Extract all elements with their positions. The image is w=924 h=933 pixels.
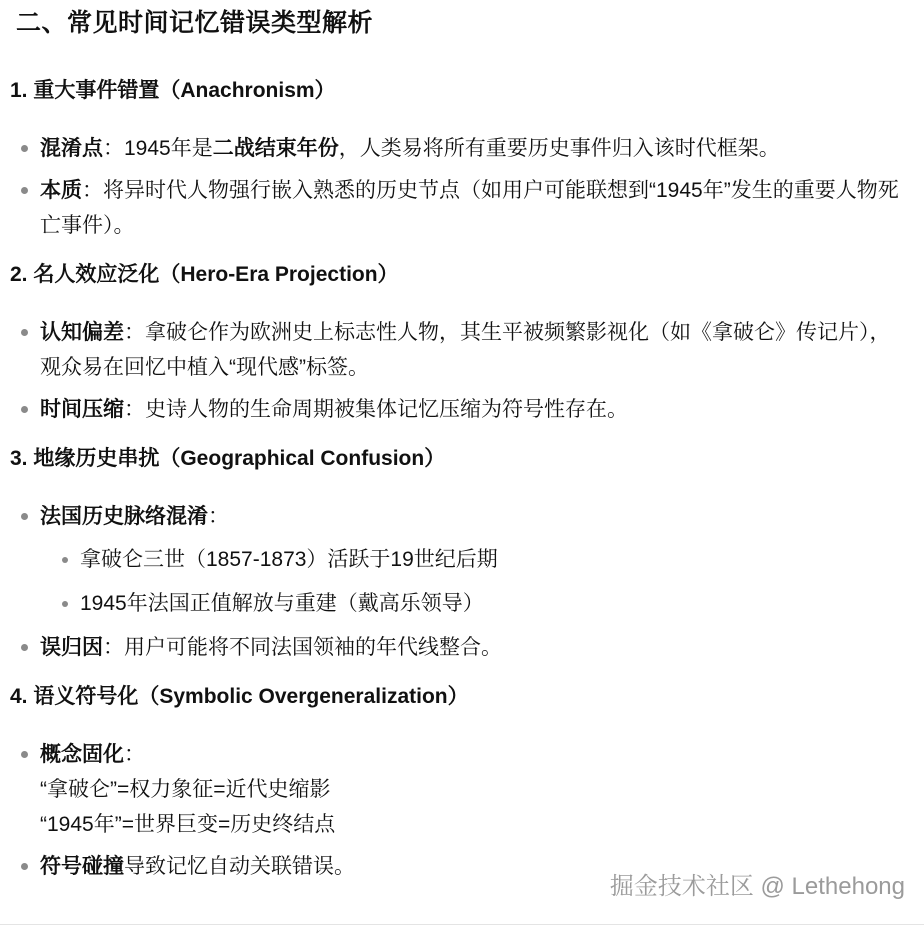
sub-bullet-icon — [62, 601, 68, 607]
bold-label: 符号碰撞 — [40, 855, 124, 878]
list-item-text: 误归因：用户可能将不同法国领袖的年代线整合。 — [40, 630, 910, 665]
bullet-icon — [21, 145, 28, 152]
section-3-list: 法国历史脉络混淆： 拿破仑三世（1857-1873）活跃于19世纪后期 1945… — [10, 499, 910, 665]
section-anachronism: 1. 重大事件错置（Anachronism） 混淆点：1945年是二战结束年份，… — [10, 80, 910, 243]
bottom-divider — [0, 924, 924, 925]
bullet-icon — [21, 751, 28, 758]
list-item: 法国历史脉络混淆： 拿破仑三世（1857-1873）活跃于19世纪后期 1945… — [40, 499, 910, 621]
nested-item-text: 拿破仑三世（1857-1873）活跃于19世纪后期 — [80, 548, 498, 571]
list-item-text: 法国历史脉络混淆： — [40, 499, 910, 534]
nested-list-item: 拿破仑三世（1857-1873）活跃于19世纪后期 — [80, 542, 910, 577]
watermark: 掘金技术社区 @ Lethehong — [610, 872, 905, 902]
bullet-icon — [21, 406, 28, 413]
page-title: 二、常见时间记忆错误类型解析 — [16, 10, 910, 36]
list-item-text: 时间压缩：史诗人物的生命周期被集体记忆压缩为符号性存在。 — [40, 392, 910, 427]
text-run: ： — [208, 505, 229, 528]
nested-item-text: 1945年法国正值解放与重建（戴高乐领导） — [80, 592, 484, 615]
bullet-icon — [21, 513, 28, 520]
bullet-icon — [21, 863, 28, 870]
bullet-icon — [21, 644, 28, 651]
section-symbolic-overgeneralization: 4. 语义符号化（Symbolic Overgeneralization） 概念… — [10, 686, 910, 884]
section-2-heading: 2. 名人效应泛化（Hero-Era Projection） — [10, 264, 910, 286]
list-item: 概念固化： “拿破仑”=权力象征=近代史缩影 “1945年”=世界巨变=历史终结… — [40, 737, 910, 842]
bold-run: 二战结束年份 — [213, 137, 339, 160]
list-item: 时间压缩：史诗人物的生命周期被集体记忆压缩为符号性存在。 — [40, 392, 910, 427]
bullet-icon — [21, 187, 28, 194]
bold-label: 法国历史脉络混淆 — [40, 505, 208, 528]
section-geographical-confusion: 3. 地缘历史串扰（Geographical Confusion） 法国历史脉络… — [10, 448, 910, 665]
text-run: ：1945年是 — [103, 137, 213, 160]
section-1-heading: 1. 重大事件错置（Anachronism） — [10, 80, 910, 102]
section-hero-era-projection: 2. 名人效应泛化（Hero-Era Projection） 认知偏差：拿破仑作… — [10, 264, 910, 427]
list-item-line: “1945年”=世界巨变=历史终结点 — [40, 807, 910, 842]
text-run: ：用户可能将不同法国领袖的年代线整合。 — [103, 636, 502, 659]
list-item: 误归因：用户可能将不同法国领袖的年代线整合。 — [40, 630, 910, 665]
bold-label: 概念固化 — [40, 743, 124, 766]
list-item-text: 认知偏差：拿破仑作为欧洲史上标志性人物，其生平被频繁影视化（如《拿破仑》传记片）… — [40, 315, 910, 385]
sub-bullet-icon — [62, 557, 68, 563]
nested-list-item: 1945年法国正值解放与重建（戴高乐领导） — [80, 586, 910, 621]
list-item: 本质：将异时代人物强行嵌入熟悉的历史节点（如用户可能联想到“1945年”发生的重… — [40, 173, 910, 243]
text-run: ： — [124, 743, 145, 766]
text-run: ：拿破仑作为欧洲史上标志性人物，其生平被频繁影视化（如《拿破仑》传记片），观众易… — [40, 321, 891, 379]
list-item-text: 本质：将异时代人物强行嵌入熟悉的历史节点（如用户可能联想到“1945年”发生的重… — [40, 173, 910, 243]
nested-list: 拿破仑三世（1857-1873）活跃于19世纪后期 1945年法国正值解放与重建… — [40, 542, 910, 621]
bullet-icon — [21, 329, 28, 336]
bold-label: 认知偏差 — [40, 321, 124, 344]
bold-label: 时间压缩 — [40, 398, 124, 421]
section-4-list: 概念固化： “拿破仑”=权力象征=近代史缩影 “1945年”=世界巨变=历史终结… — [10, 737, 910, 884]
text-run: ：将异时代人物强行嵌入熟悉的历史节点（如用户可能联想到“1945年”发生的重要人… — [40, 179, 899, 237]
section-3-heading: 3. 地缘历史串扰（Geographical Confusion） — [10, 448, 910, 470]
bold-label: 本质 — [40, 179, 82, 202]
list-item-text: 概念固化： — [40, 737, 910, 772]
list-item-line: “拿破仑”=权力象征=近代史缩影 — [40, 772, 910, 807]
list-item: 认知偏差：拿破仑作为欧洲史上标志性人物，其生平被频繁影视化（如《拿破仑》传记片）… — [40, 315, 910, 385]
document: 二、常见时间记忆错误类型解析 1. 重大事件错置（Anachronism） 混淆… — [0, 0, 924, 884]
list-item: 混淆点：1945年是二战结束年份，人类易将所有重要历史事件归入该时代框架。 — [40, 131, 910, 166]
list-item-text: 混淆点：1945年是二战结束年份，人类易将所有重要历史事件归入该时代框架。 — [40, 131, 910, 166]
text-run: ：史诗人物的生命周期被集体记忆压缩为符号性存在。 — [124, 398, 628, 421]
text-run: 导致记忆自动关联错误。 — [124, 855, 355, 878]
bold-label: 误归因 — [40, 636, 103, 659]
section-1-list: 混淆点：1945年是二战结束年份，人类易将所有重要历史事件归入该时代框架。 本质… — [10, 131, 910, 243]
section-2-list: 认知偏差：拿破仑作为欧洲史上标志性人物，其生平被频繁影视化（如《拿破仑》传记片）… — [10, 315, 910, 427]
bold-label: 混淆点 — [40, 137, 103, 160]
text-run: ，人类易将所有重要历史事件归入该时代框架。 — [339, 137, 780, 160]
section-4-heading: 4. 语义符号化（Symbolic Overgeneralization） — [10, 686, 910, 708]
